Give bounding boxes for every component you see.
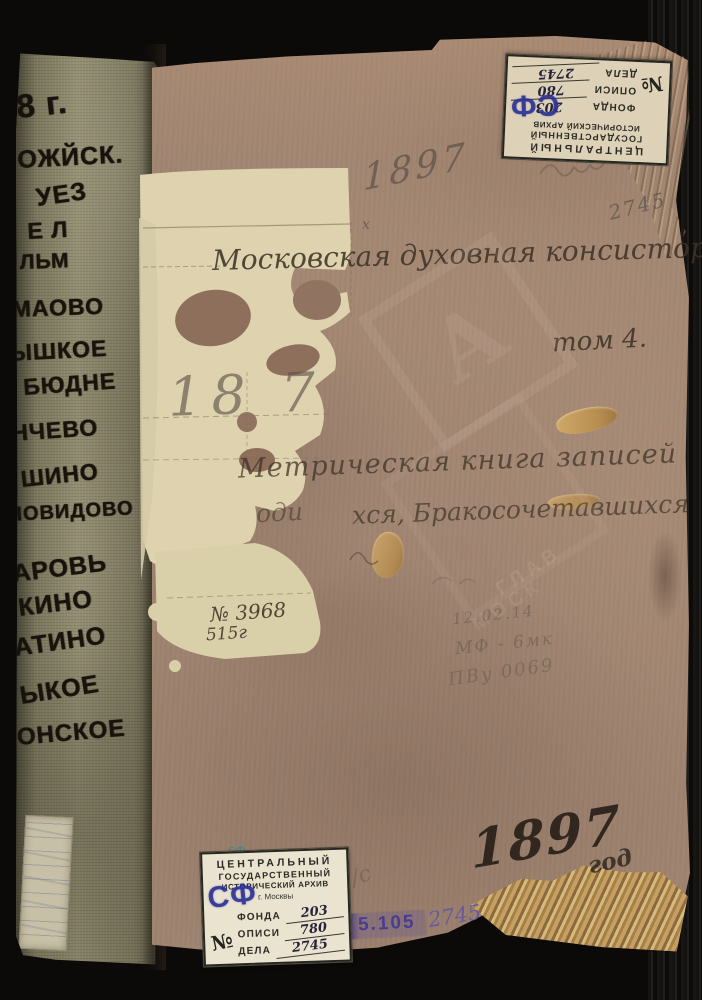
spine-text-fragment: НОВИДОВО <box>16 498 134 525</box>
spine-text-fragment: АТИНО <box>16 623 108 661</box>
delo-row-label: ДЕЛА <box>238 945 271 957</box>
spine-archive-label <box>19 815 74 951</box>
archive-stamp-label-top-inverted: ЦЕНТРАЛЬНЫЙ ГОСУДАРСТВЕННЫЙ ИСТОРИЧЕСКИЙ… <box>502 54 672 165</box>
handwritten-subtitle-line2-left: оди <box>255 499 303 526</box>
spine-text-fragment: ОЖЙСК. <box>17 142 124 173</box>
spine-text-fragment: НЧЕВО <box>16 416 99 445</box>
fond-row-label: ФОНДА <box>237 911 281 924</box>
spine-text-fragment: БЮДНЕ <box>22 370 116 399</box>
archival-book-cover-photo: 8 г. ОЖЙСК. УЕЗ Е Л ЛЬМ МАОВО ЫШКОЕ БЮДН… <box>0 0 702 1000</box>
spine-text-fragment: 8 г. <box>16 85 69 123</box>
spine-text-fragment: ШИНО <box>20 460 100 491</box>
numero-sign: № <box>640 72 665 99</box>
spine-text-fragment: ЫШКОЕ <box>16 337 108 365</box>
numero-sign: № <box>209 928 235 956</box>
handwritten-label-code: 515г <box>205 625 247 645</box>
archive-watermark-letter: А <box>411 281 525 404</box>
spine-text-fragment: ОНСКОЕ <box>16 717 126 750</box>
label-hole <box>293 280 341 320</box>
purple-stamp-number: 5.105 <box>358 913 416 935</box>
handwritten-label-number: № 3968 <box>209 599 286 624</box>
stain <box>648 530 682 622</box>
sf-stamp: СФ <box>510 87 560 122</box>
x-mark: х <box>362 218 370 232</box>
opis-row-label: ОПИСИ <box>593 83 636 96</box>
archive-stamp-label-bottom: ЦЕНТРАЛЬНЫЙ ГОСУДАРСТВЕННЫЙ ИСТОРИЧЕСКИЙ… <box>200 847 352 966</box>
handwritten-purple-number: 2745 <box>427 902 483 931</box>
delo-row-label: ДЕЛА <box>604 67 637 79</box>
spine-text-fragment: КИНО <box>17 587 94 621</box>
opis-row-label: ОПИСИ <box>238 928 281 940</box>
handwritten-label-year: 18 7 <box>167 365 325 424</box>
label-scrap <box>169 660 181 672</box>
spine-text-fragment: УЕЗ <box>35 179 89 211</box>
spine-text-fragment: Е Л <box>27 218 69 243</box>
sf-stamp: СФ <box>206 877 259 916</box>
label-scrap <box>148 603 166 621</box>
spine-text-fragment: ЛЬМ <box>19 250 70 273</box>
spine-text-fragment: ЫКОЕ <box>18 672 101 709</box>
fond-row-label: ФОНДА <box>591 100 635 113</box>
spine-text-fragment: МАОВО <box>16 295 104 321</box>
spine-text-fragment: АРОВЬ <box>16 551 108 587</box>
